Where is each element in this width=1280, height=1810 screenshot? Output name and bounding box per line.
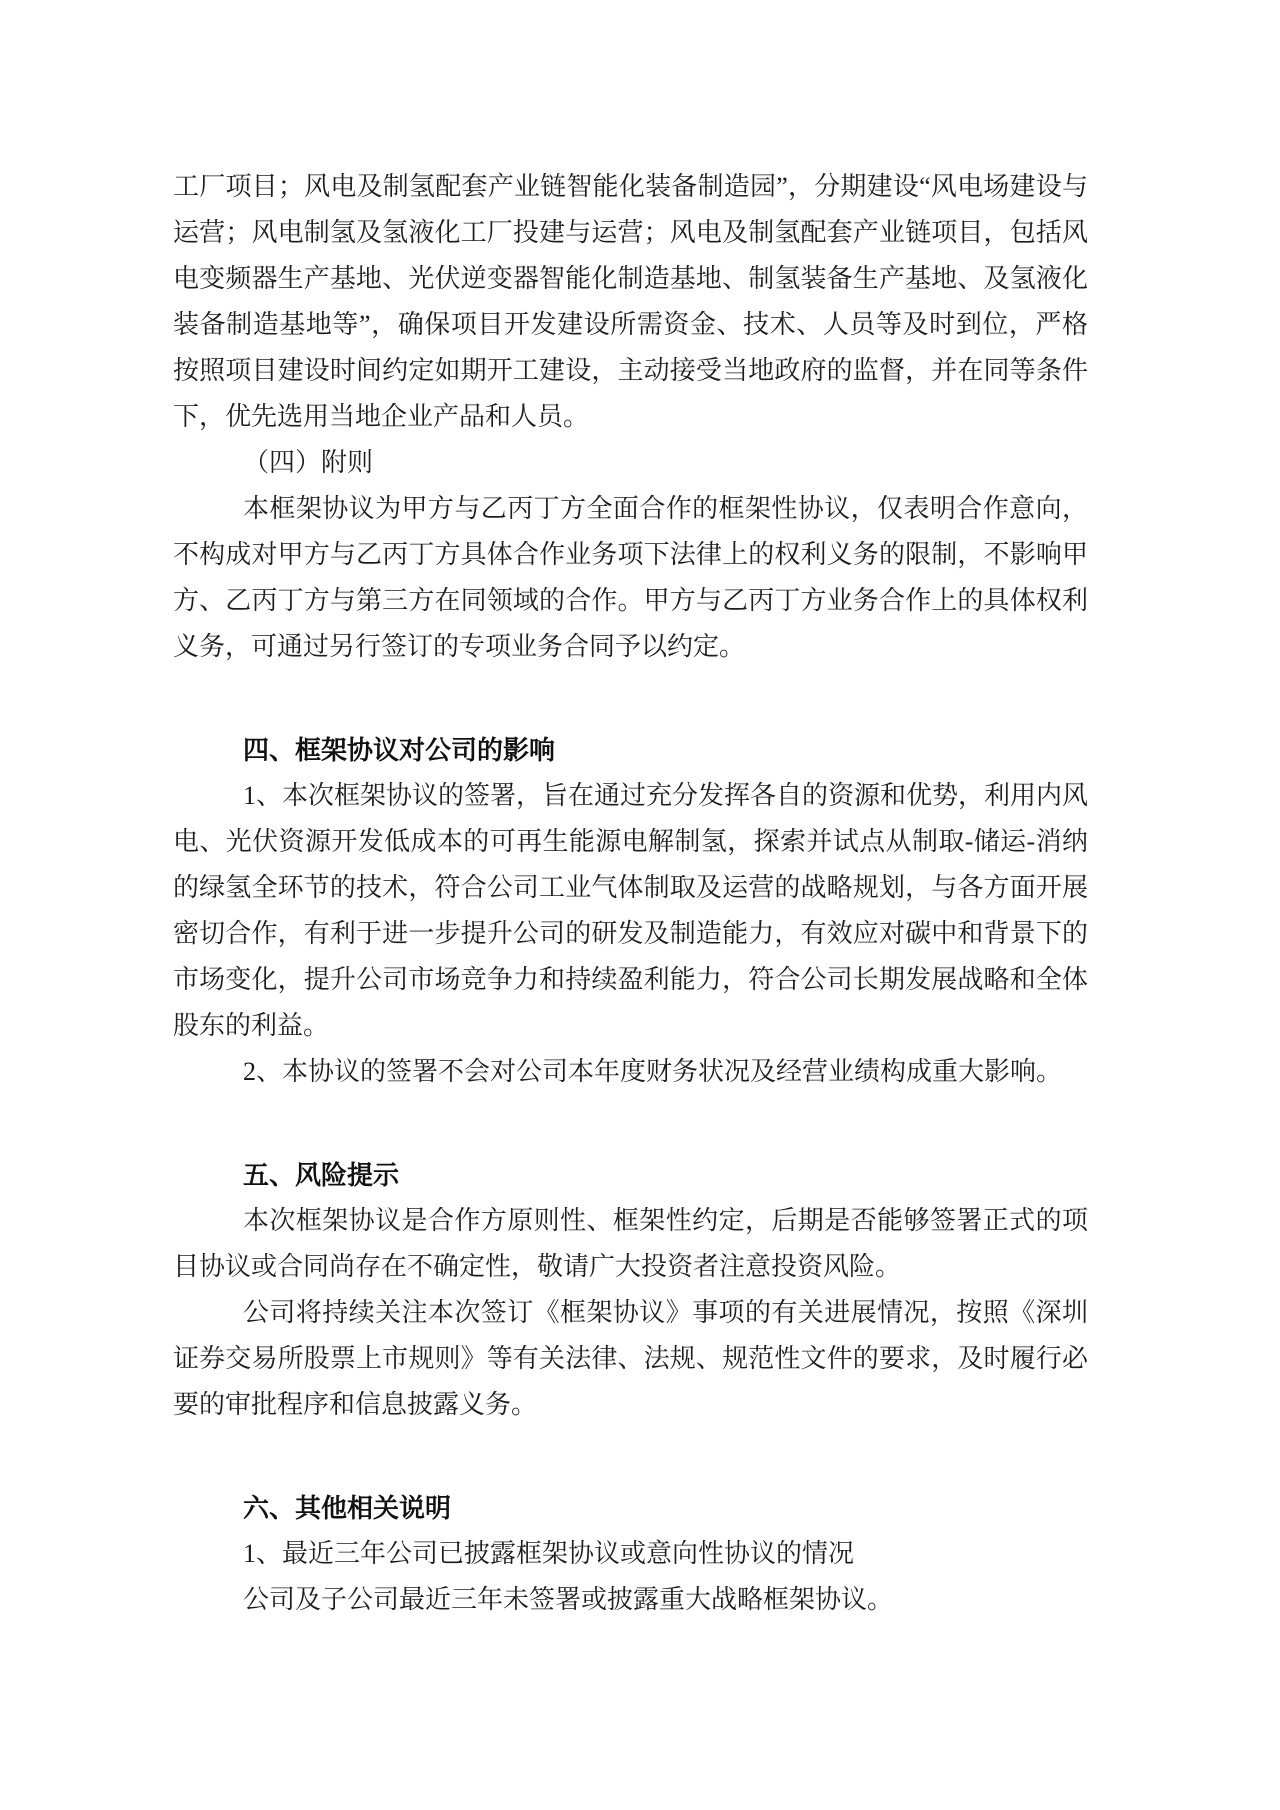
document-body: 工厂项目；风电及制氢配套产业链智能化装备制造园”，分期建设“风电场建设与运营；风… [173, 164, 1088, 1623]
paragraph-framework-agreement-nature: 本框架协议为甲方与乙丙丁方全面合作的框架性协议，仅表明合作意向，不构成对甲方与乙… [173, 486, 1088, 670]
paragraph-disclosure-obligation: 公司将持续关注本次签订《框架协议》事项的有关进展情况，按照《深圳证券交易所股票上… [173, 1290, 1088, 1428]
document-page: 工厂项目；风电及制氢配套产业链智能化装备制造园”，分期建设“风电场建设与运营；风… [0, 0, 1280, 1810]
paragraph-no-major-agreements: 公司及子公司最近三年未签署或披露重大战略框架协议。 [173, 1577, 1088, 1623]
paragraph-impact-item-2: 2、本协议的签署不会对公司本年度财务状况及经营业绩构成重大影响。 [173, 1049, 1088, 1095]
paragraph-project-construction-continuation: 工厂项目；风电及制氢配套产业链智能化装备制造园”，分期建设“风电场建设与运营；风… [173, 164, 1088, 440]
section-heading-6-other-notes: 六、其他相关说明 [173, 1485, 1088, 1531]
paragraph-subsection-4-appendix-title: （四）附则 [173, 440, 1088, 486]
paragraph-risk-uncertainty: 本次框架协议是合作方原则性、框架性约定，后期是否能够签署正式的项目协议或合同尚存… [173, 1198, 1088, 1290]
paragraph-impact-item-1: 1、本次框架协议的签署，旨在通过充分发挥各自的资源和优势，利用内风电、光伏资源开… [173, 773, 1088, 1049]
section-heading-4-impact-on-company: 四、框架协议对公司的影响 [173, 727, 1088, 773]
paragraph-other-notes-item-1: 1、最近三年公司已披露框架协议或意向性协议的情况 [173, 1531, 1088, 1577]
section-heading-5-risk-warning: 五、风险提示 [173, 1152, 1088, 1198]
